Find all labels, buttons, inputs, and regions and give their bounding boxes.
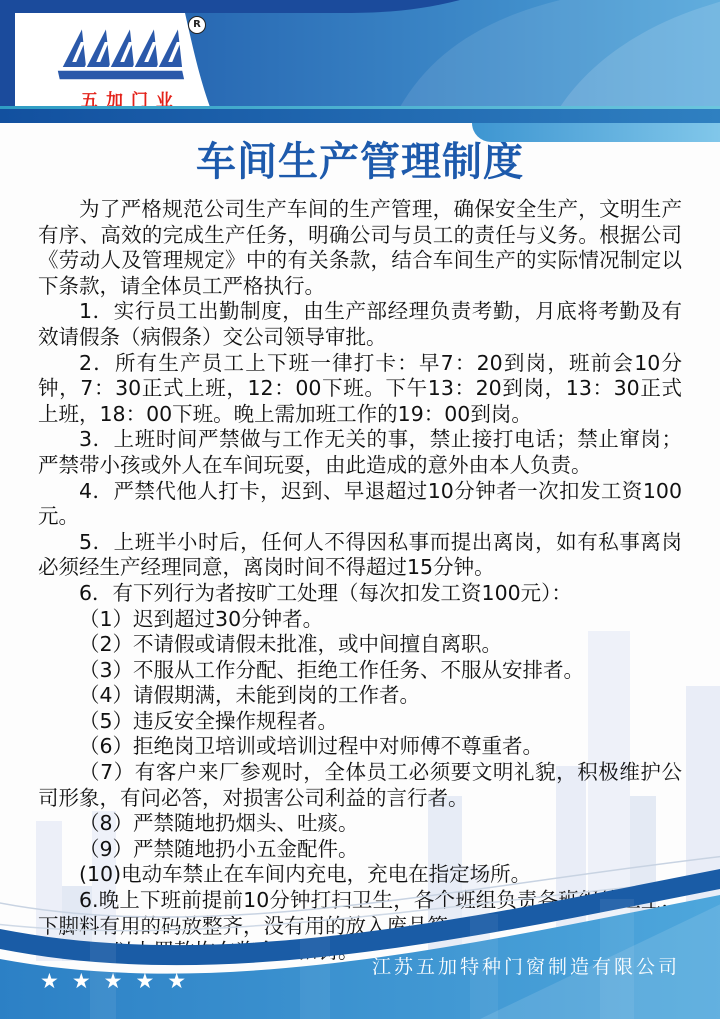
rule-paragraph: （7）有客户来厂参观时，全体员工必须要文明礼貌，积极维护公司形象，有问必答，对损… [38,760,682,811]
rule-paragraph: 为了严格规范公司生产车间的生产管理，确保安全生产，文明生产有序、高效的完成生产任… [38,197,682,299]
rule-paragraph: 6．有下列行为者按旷工处理（每次扣发工资100元）： [38,581,682,607]
rule-paragraph: （2）不请假或请假未批准，或中间擅自离职。 [38,632,682,658]
rule-paragraph: （4）请假期满，未能到岗的工作者。 [38,683,682,709]
company-name: 江苏五加特种门窗制造有限公司 [372,952,680,979]
registered-trademark-icon: R [188,16,206,34]
rule-paragraph: 1．实行员工出勤制度，由生产部经理负责考勤，月底将考勤及有效请假条（病假条）交公… [38,299,682,350]
rule-paragraph: 2．所有生产员工上下班一律打卡：早7：20到岗，班前会10分钟，7：30正式上班… [38,351,682,428]
rule-paragraph: （1）迟到超过30分钟者。 [38,607,682,633]
five-stars-icon: ★★★★★ [40,969,199,993]
dark-blue-divider-bar [0,109,720,123]
door-peaks-logo-icon [54,18,188,84]
poster-page: R 五加门业 车间生产管理制度 为了严格规范公司生产车间的生产管理，确保安全生产… [0,0,720,1019]
header-banner: R 五加门业 [0,0,720,146]
rule-paragraph: （5）违反安全操作规程者。 [38,709,682,735]
rule-paragraph: （6）拒绝岗卫培训或培训过程中对师傅不尊重者。 [38,734,682,760]
rule-paragraph: 4．严禁代他人打卡，迟到、早退超过10分钟者一次扣发工资100元。 [38,479,682,530]
company-logo: R 五加门业 [30,14,220,108]
rule-paragraph: 3．上班时间严禁做与工作无关的事，禁止接打电话；禁止窜岗；严禁带小孩或外人在车间… [38,427,682,478]
rule-paragraph: （3）不服从工作分配、拒绝工作任务、不服从安排者。 [38,658,682,684]
footer-banner: ★★★★★ 江苏五加特种门窗制造有限公司 [0,844,720,1019]
header-right-swoosh [472,123,720,142]
rule-paragraph: 5．上班半小时后，任何人不得因私事而提出离岗，如有私事离岗必须经生产经理同意，离… [38,530,682,581]
rule-paragraph: （8）严禁随地扔烟头、吐痰。 [38,811,682,837]
